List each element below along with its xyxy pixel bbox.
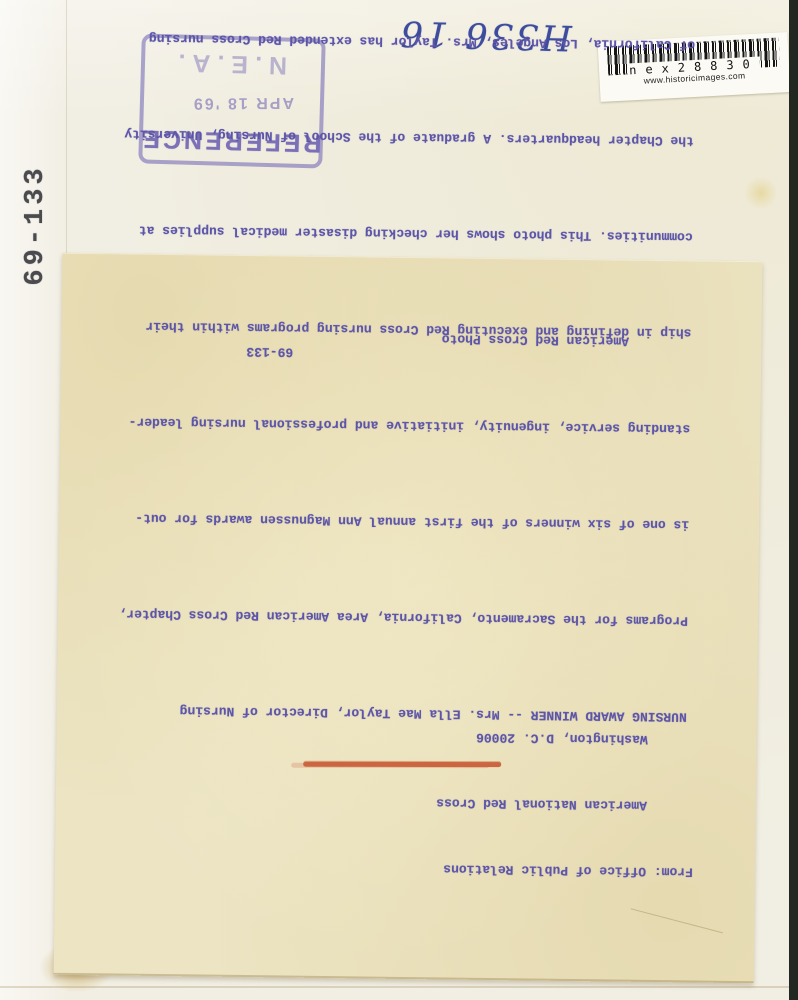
underlined-phrase: California, Area American	[267, 608, 462, 625]
photo-number: 69-133	[246, 344, 293, 360]
photo-credit-line: American Red Cross Photo 69-133	[131, 298, 692, 365]
caption-sheet: From: Office of Public Relations America…	[54, 253, 763, 983]
caption-line: communities. This photo shows her checki…	[107, 213, 692, 252]
caption-line: NURSING AWARD WINNER -- Mrs. Ella Mae Ta…	[102, 693, 687, 732]
caption-line: the Chapter headquarters. A graduate of …	[109, 117, 694, 156]
caption-sheet-content: From: Office of Public Relations America…	[54, 253, 763, 983]
photo-back: 69-133 H336 16 nex28830 www.historicimag…	[0, 0, 798, 1000]
paper-fold-line	[66, 0, 67, 262]
stain-right	[744, 176, 778, 210]
photo-credit: American Red Cross Photo	[442, 331, 629, 348]
caption-line: of California, Los Angeles, Mrs. Taylor …	[110, 21, 695, 60]
scan-edge-strip	[789, 0, 798, 1000]
typed-caption: NURSING AWARD WINNER -- Mrs. Ella Mae Ta…	[101, 0, 701, 796]
caption-line: is one of six winners of the first annua…	[104, 501, 689, 540]
paper-bottom-edge	[0, 986, 798, 988]
caption-line: standing service, ingenuity, initiative …	[105, 405, 690, 444]
from-line: From: Office of Public Relations	[435, 857, 693, 882]
caption-line-underlined: Programs for the Sacramento, California,…	[103, 597, 688, 636]
filing-number-vertical: 69-133	[21, 154, 61, 296]
orange-underline-mark	[303, 762, 501, 767]
